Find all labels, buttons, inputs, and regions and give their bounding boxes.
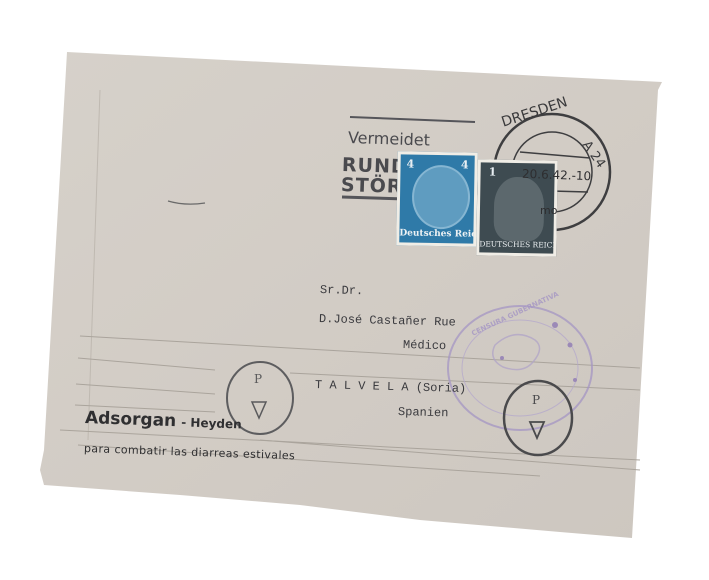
postmark-code: mo xyxy=(540,204,557,217)
hindenburg-medallion-icon xyxy=(411,165,470,230)
stamp-denomination: 4 xyxy=(406,157,414,170)
pa-mark-letter-p: P xyxy=(254,372,262,386)
slogan-cancel-line1: Vermeidet xyxy=(348,128,431,150)
pa-mark-letter-p: P xyxy=(532,393,540,407)
address-line-title: Sr.Dr. xyxy=(320,283,364,298)
stamp-denomination: 1 xyxy=(489,166,497,179)
address-line-country: Spanien xyxy=(398,405,449,420)
stamp-caption: Deutsches Reich xyxy=(399,228,473,239)
stamp-denomination: 4 xyxy=(461,158,469,171)
ad-brand: Adsorgan xyxy=(85,408,177,431)
portrait-icon xyxy=(493,177,544,242)
ad-maker: - Heyden xyxy=(181,415,242,431)
pa-mark-triangle-icon xyxy=(528,420,546,440)
pa-mark-triangle-icon xyxy=(250,400,268,418)
postmark-date: 20.6.42.-10 xyxy=(522,167,592,183)
stamp-caption: DEUTSCHES REICH xyxy=(479,239,553,249)
postage-stamp-4pf: 4 4 Deutsches Reich xyxy=(396,151,478,246)
envelope: Vermeidet RUNDFUNK STÖRUNGEN 4 4 Deutsch… xyxy=(0,0,709,580)
address-line-profession: Médico xyxy=(403,338,447,353)
